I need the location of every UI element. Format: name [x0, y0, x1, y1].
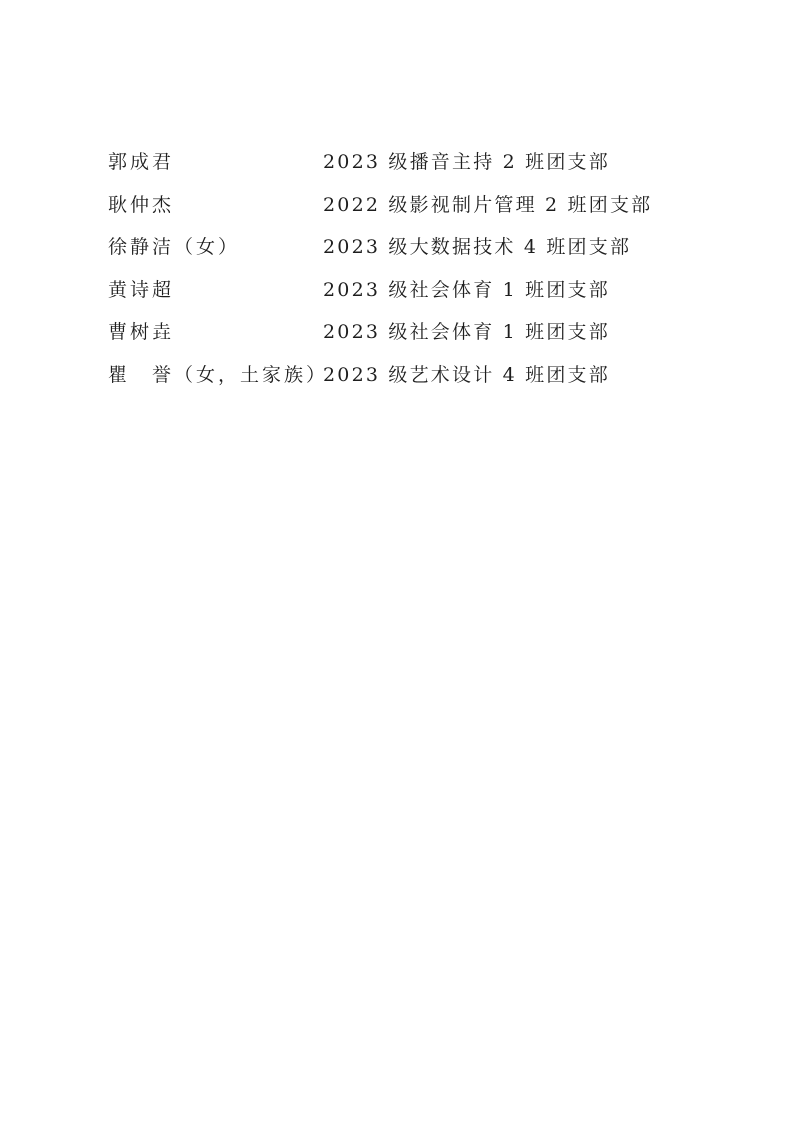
person-name: 徐静洁（女） — [108, 233, 240, 261]
league-branch: 2023 级社会体育 1 班团支部 — [323, 276, 610, 304]
league-branch: 2022 级影视制片管理 2 班团支部 — [323, 191, 652, 219]
person-name: 瞿 誉（女，土家族） — [108, 361, 328, 389]
league-branch: 2023 级播音主持 2 班团支部 — [323, 148, 610, 176]
list-item: 耿仲杰 2022 级影视制片管理 2 班团支部 — [108, 191, 668, 234]
list-item: 瞿 誉（女，土家族） 2023 级艺术设计 4 班团支部 — [108, 361, 668, 404]
name-list: 郭成君 2023 级播音主持 2 班团支部 耿仲杰 2022 级影视制片管理 2… — [108, 148, 668, 404]
league-branch: 2023 级大数据技术 4 班团支部 — [323, 233, 631, 261]
league-branch: 2023 级社会体育 1 班团支部 — [323, 318, 610, 346]
person-name: 曹树垚 — [108, 318, 174, 346]
list-item: 徐静洁（女） 2023 级大数据技术 4 班团支部 — [108, 233, 668, 276]
list-item: 黄诗超 2023 级社会体育 1 班团支部 — [108, 276, 668, 319]
person-name: 郭成君 — [108, 148, 174, 176]
person-name: 耿仲杰 — [108, 191, 174, 219]
league-branch: 2023 级艺术设计 4 班团支部 — [323, 361, 610, 389]
document-page: 郭成君 2023 级播音主持 2 班团支部 耿仲杰 2022 级影视制片管理 2… — [0, 0, 800, 1131]
person-name: 黄诗超 — [108, 276, 174, 304]
list-item: 曹树垚 2023 级社会体育 1 班团支部 — [108, 318, 668, 361]
list-item: 郭成君 2023 级播音主持 2 班团支部 — [108, 148, 668, 191]
